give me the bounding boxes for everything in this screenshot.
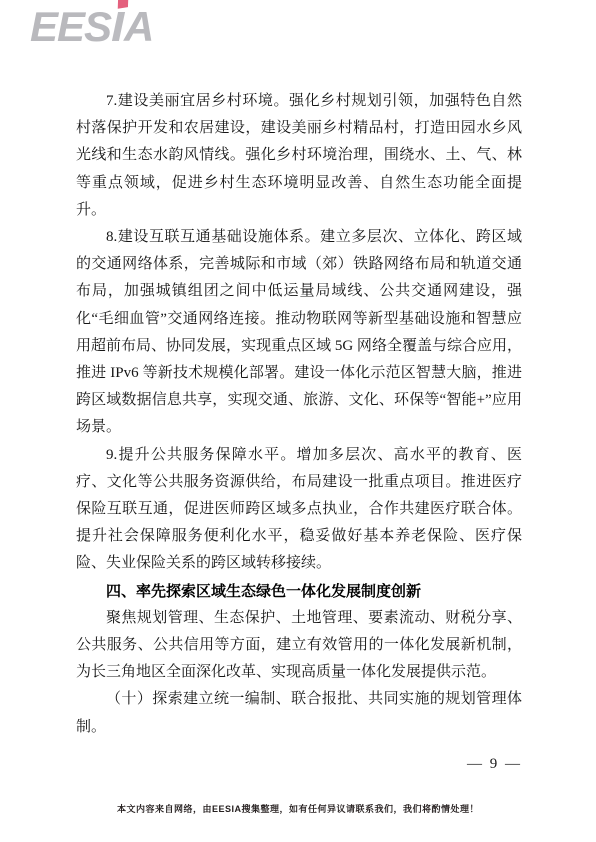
eesia-logo: EESA	[30, 6, 153, 52]
paragraph: （十）探索建立统一编制、联合报批、共同实施的规划管理体制。	[76, 686, 522, 740]
paragraph: 8.建设互联互通基础设施体系。建立多层次、立体化、跨区域的交通网络体系，完善城际…	[76, 224, 522, 442]
logo-letters-left: EES	[30, 3, 111, 50]
page-number: — 9 —	[76, 756, 522, 773]
logo-letters-right: A	[124, 3, 153, 50]
document-page: EESA 7.建设美丽宜居乡村环境。强化乡村规划引领，加强特色自然村落保护开发和…	[0, 0, 596, 842]
logo-i-stem	[112, 12, 125, 41]
section-heading: 四、率先探索区域生态绿色一体化发展制度创新	[76, 578, 522, 605]
paragraph: 聚焦规划管理、生态保护、土地管理、要素流动、财税分享、公共服务、公共信用等方面，…	[76, 605, 522, 687]
paragraph: 7.建设美丽宜居乡村环境。强化乡村规划引领，加强特色自然村落保护开发和农居建设，…	[76, 88, 522, 224]
footer-note: 本文内容来自网络，由EESIA搜集整理，如有任何异议请联系我们，我们将酌情处理！	[0, 802, 596, 815]
document-body: 7.建设美丽宜居乡村环境。强化乡村规划引领，加强特色自然村落保护开发和农居建设，…	[76, 88, 522, 741]
logo-letter-i	[111, 12, 124, 41]
paragraph: 9.提升公共服务保障水平。增加多层次、高水平的教育、医疗、文化等公共服务资源供给…	[76, 442, 522, 578]
